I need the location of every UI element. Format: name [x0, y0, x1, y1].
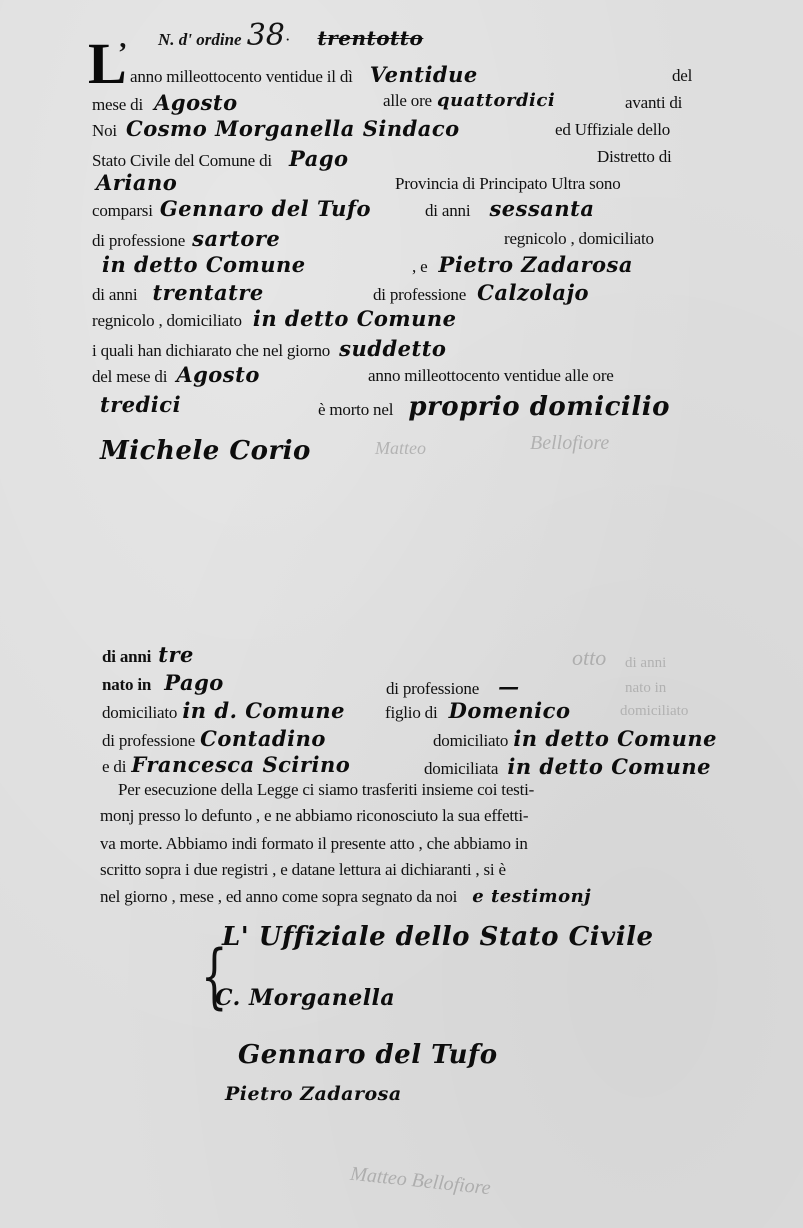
death-place-handwritten: proprio domicilio	[408, 392, 670, 422]
witness2-age-handwritten: trentatre	[152, 280, 263, 305]
bleed-through-mid-3: domiciliato	[620, 703, 688, 720]
comune-handwritten: Pago	[289, 146, 349, 171]
witness1-handwritten: Gennaro del Tufo	[160, 196, 371, 221]
mother-domicile-label: domiciliata	[424, 759, 498, 778]
intro-line10: regnicolo , domiciliato	[92, 311, 242, 330]
order-number-words: trentotto	[317, 26, 423, 50]
closing-line-3: va morte. Abbiamo indi formato il presen…	[100, 834, 528, 854]
bleed-through-mid-1: di anni	[625, 655, 666, 672]
death-day-handwritten: suddetto	[339, 336, 446, 361]
intro-line12a: del mese di	[92, 367, 167, 386]
intro-line11: i quali han dichiarato che nel giorno	[92, 341, 330, 360]
drop-cap-apostrophe: ’	[118, 38, 127, 70]
closing-line-2: monj presso lo defunto , e ne abbiamo ri…	[100, 806, 528, 826]
intro-line3-end: ed Uffiziale dello	[555, 120, 670, 140]
witness1-domicile-handwritten: in detto Comune	[102, 252, 306, 277]
deceased-name-handwritten: Michele Corio	[100, 436, 311, 466]
witness2-domicile-handwritten: in detto Comune	[253, 306, 457, 331]
intro-line1: anno milleottocento ventidue il dì	[130, 67, 353, 86]
month-handwritten: Agosto	[154, 90, 238, 115]
document-page: N. d' ordine 38· trentotto L ’ anno mill…	[0, 0, 803, 1228]
bleed-through-upper-2: Bellofiore	[530, 432, 609, 455]
intro-line2-end: avanti di	[625, 93, 682, 113]
father-profession-label: di professione	[102, 731, 195, 750]
witness2-signature: Pietro Zadarosa	[225, 1083, 402, 1105]
profession-label: di professione	[386, 679, 479, 698]
witness2-handwritten: Pietro Zadarosa	[439, 252, 633, 277]
profession-handwritten: —	[498, 674, 520, 699]
closing-line-1: Per esecuzione della Legge ci siamo tras…	[118, 780, 534, 800]
intro-line9-mid: di professione	[373, 285, 466, 304]
intro-line4: Stato Civile del Comune di	[92, 151, 272, 170]
officer-title-signature: L' Uffiziale dello Stato Civile	[222, 922, 654, 952]
intro-line2a: mese di	[92, 95, 143, 114]
intro-line8-mid: , e	[412, 257, 427, 276]
hour-handwritten: quattordici	[437, 90, 555, 111]
witness1-profession-handwritten: sartore	[192, 226, 280, 251]
intro-line3a: Noi	[92, 121, 117, 140]
intro-line6: comparsi	[92, 201, 153, 220]
order-header: N. d' ordine 38· trentotto	[158, 18, 423, 53]
closing-handwritten: e testimonj	[472, 886, 591, 907]
death-hour-handwritten: tredici	[100, 392, 181, 417]
officer-name-signature: C. Morganella	[215, 985, 395, 1011]
intro-line7-end: regnicolo , domiciliato	[504, 229, 654, 249]
domicile-label: domiciliato	[102, 703, 177, 722]
district-handwritten: Ariano	[96, 170, 177, 195]
intro-line9: di anni	[92, 285, 137, 304]
intro-line7: di professione	[92, 231, 185, 250]
intro-line12-end: anno milleottocento ventidue alle ore	[368, 366, 614, 386]
father-domicile-label: domiciliato	[433, 731, 508, 750]
born-label: nato in	[102, 675, 151, 694]
born-handwritten: Pago	[164, 670, 224, 695]
witness2-profession-handwritten: Calzolajo	[477, 280, 589, 305]
mother-handwritten: Francesca Scirino	[131, 752, 350, 777]
witness1-signature: Gennaro del Tufo	[238, 1040, 498, 1070]
day-handwritten: Ventidue	[370, 62, 478, 87]
father-handwritten: Domenico	[449, 698, 571, 723]
intro-line4-end: Distretto di	[597, 147, 672, 167]
intro-line13-mid: è morto nel	[318, 400, 393, 419]
closing-line-5: nel giorno , mese , ed anno come sopra s…	[100, 887, 457, 906]
closing-line-4: scritto sopra i due registri , e datane …	[100, 860, 506, 880]
intro-line5-end: Provincia di Principato Ultra sono	[395, 174, 621, 194]
mayor-handwritten: Cosmo Morganella Sindaco	[126, 116, 460, 141]
father-profession-handwritten: Contadino	[200, 726, 326, 751]
father-domicile-handwritten: in detto Comune	[513, 726, 717, 751]
age-handwritten: tre	[158, 642, 194, 667]
age-label: di anni	[102, 647, 151, 666]
order-label: N. d' ordine	[158, 30, 242, 49]
bleed-through-mid-2: nato in	[625, 680, 666, 697]
witness1-age-handwritten: sessanta	[489, 196, 594, 221]
bleed-through-upper-1: Matteo	[375, 438, 426, 459]
bleed-through-lower: Matteo Bellofiore	[349, 1163, 492, 1201]
domicile-handwritten: in d. Comune	[182, 698, 345, 723]
intro-line2b: alle ore	[383, 91, 432, 110]
mother-domicile-handwritten: in detto Comune	[507, 754, 711, 779]
order-number: 38	[247, 18, 285, 53]
intro-line1-end: del	[672, 66, 692, 86]
bleed-through-mid-ghost: otto	[572, 645, 606, 671]
son-of-label: figlio di	[385, 703, 438, 722]
intro-line6-mid: di anni	[425, 201, 470, 220]
death-month-handwritten: Agosto	[176, 362, 260, 387]
mother-label: e di	[102, 757, 126, 776]
